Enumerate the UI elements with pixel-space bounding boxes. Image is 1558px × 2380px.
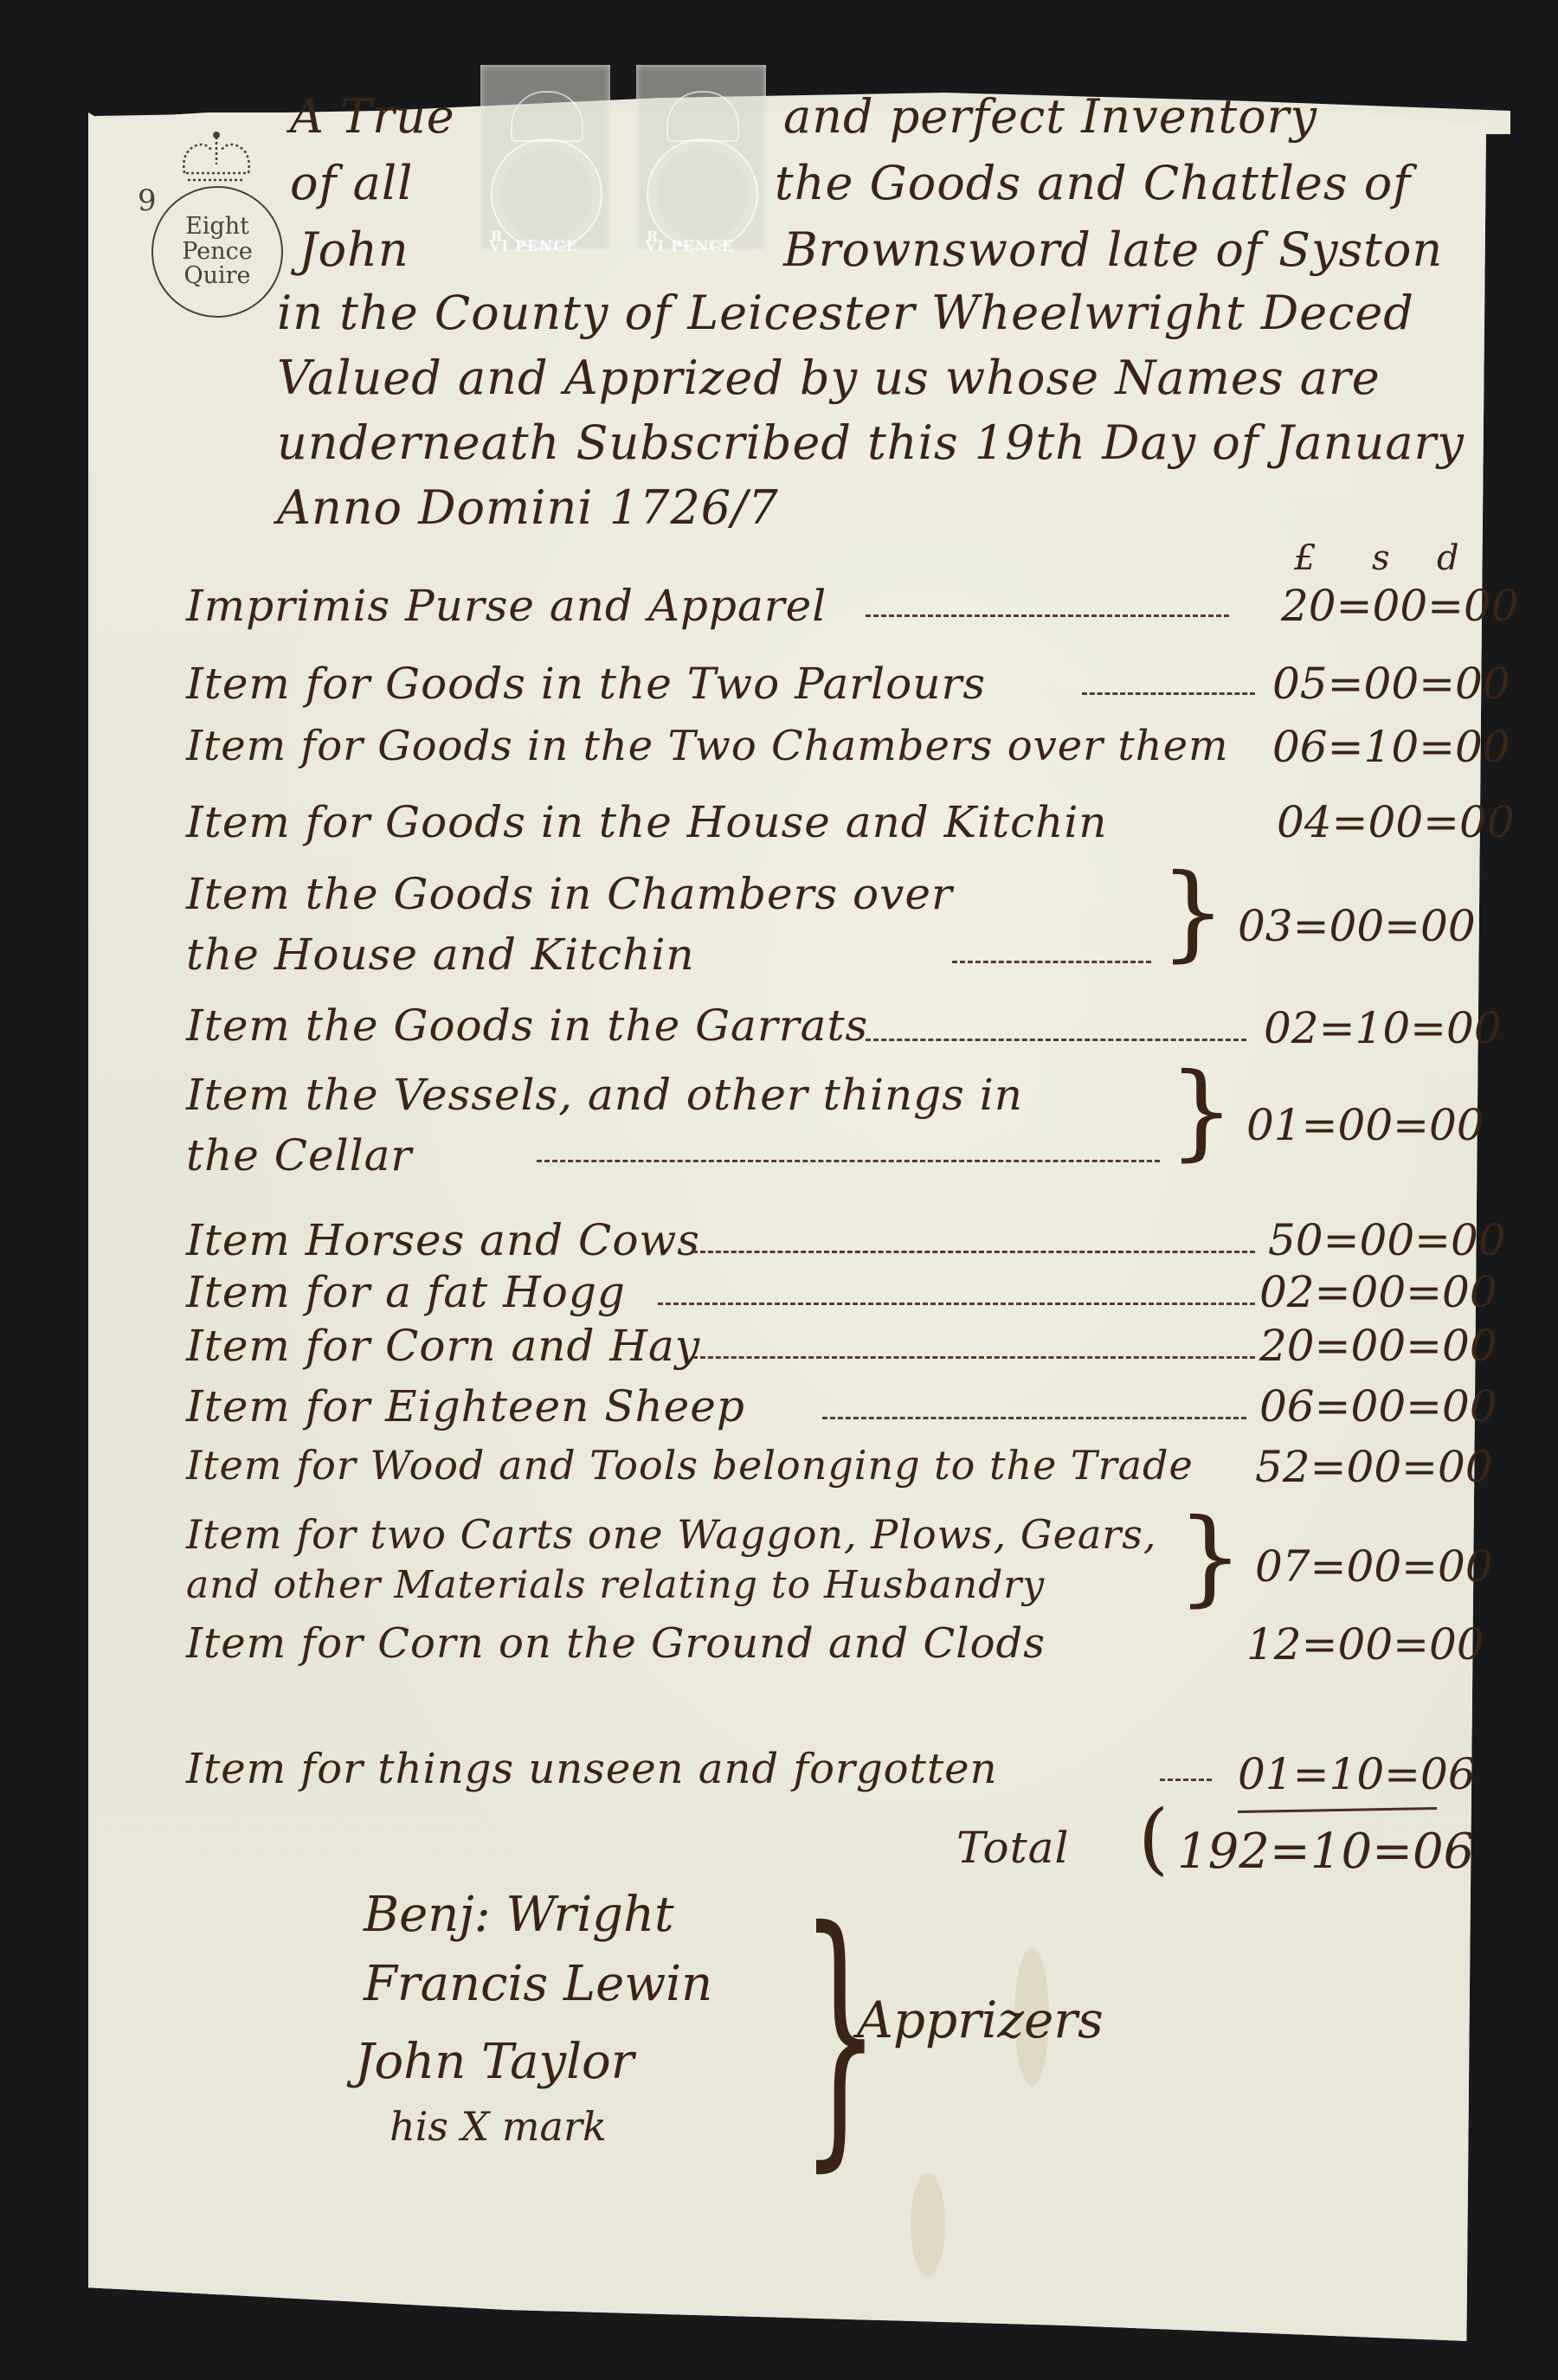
item-amount: 20=00=00 — [1259, 1324, 1497, 1367]
signatories-role: Apprizers — [857, 1991, 1104, 2049]
heading-line: Valued and Apprized by us whose Names ar… — [277, 355, 1381, 402]
item-text: Item for Goods in the Two Chambers over … — [186, 725, 1228, 767]
stamp-line: Pence — [182, 240, 252, 264]
item-text: Item the Goods in Chambers over — [186, 872, 953, 916]
leader-dashes — [822, 1417, 1246, 1419]
item-amount: 01=10=06 — [1238, 1753, 1476, 1796]
brace: } — [1160, 861, 1226, 965]
total-label: Total — [956, 1826, 1069, 1869]
item-amount: 02=10=00 — [1264, 1007, 1502, 1050]
heading-line: Anno Domini 1726/7 — [277, 485, 779, 531]
item-text: Item for Corn and Hay — [186, 1324, 700, 1367]
item-amount: 07=00=00 — [1255, 1545, 1493, 1588]
signatory-name: Francis Lewin — [364, 1956, 712, 2012]
item-amount: 50=00=00 — [1268, 1219, 1506, 1262]
item-text: Item for a fat Hogg — [186, 1270, 626, 1314]
leader-dashes — [658, 1303, 1255, 1305]
embossed-crown-icon — [666, 91, 739, 142]
leader-dashes — [1082, 692, 1255, 695]
item-text: Item for Goods in the House and Kitchin — [186, 801, 1108, 844]
leader-dashes — [952, 961, 1151, 963]
heading-right: Brownsword late of Syston — [783, 227, 1443, 273]
embossed-seal-icon — [647, 138, 758, 250]
total-paren: ( — [1138, 1800, 1168, 1878]
item-amount: 20=00=00 — [1281, 584, 1519, 627]
item-amount: 01=00=00 — [1246, 1103, 1484, 1147]
crown-icon — [177, 130, 255, 186]
signatory-name: Benj: Wright — [364, 1887, 674, 1943]
item-text: Item for two Carts one Waggon, Plows, Ge… — [186, 1515, 1156, 1554]
item-text: Imprimis Purse and Apparel — [186, 584, 827, 627]
stamp-line: Eight — [185, 215, 249, 239]
embossed-value: VI PENCE — [489, 238, 578, 255]
stamp-ring: Eight Pence Quire — [151, 186, 283, 318]
leader-dashes — [866, 1039, 1246, 1041]
embossed-crown-icon — [511, 91, 583, 142]
stamp-line: Quire — [183, 264, 250, 288]
leader-dashes — [692, 1251, 1255, 1253]
embossed-seal-icon — [491, 138, 602, 250]
item-amount: 12=00=00 — [1246, 1623, 1484, 1666]
eight-pence-quire-stamp: 9 Eight Pence Quire — [143, 130, 290, 325]
stamp-number: 9 — [138, 183, 157, 218]
brace: } — [1168, 1060, 1234, 1164]
heading-line: in the County of Leicester Wheelwright D… — [277, 290, 1414, 337]
signatory-mark: his X mark — [389, 2103, 607, 2150]
total-amount: 192=10=06 — [1177, 1828, 1474, 1876]
embossed-duty-stamp: R VI PENCE — [636, 65, 766, 251]
item-text: Item for Goods in the Two Parlours — [186, 662, 986, 705]
heading-left: A True — [290, 93, 455, 140]
item-text: Item the Vessels, and other things in — [186, 1073, 1023, 1116]
leader-dashes — [866, 614, 1229, 617]
item-text: Item the Goods in the Garrats — [186, 1004, 868, 1047]
item-amount: 06=00=00 — [1259, 1385, 1497, 1428]
pounds-header: £ — [1294, 541, 1316, 576]
embossed-value: VI PENCE — [645, 238, 734, 255]
shillings-header: s — [1372, 541, 1390, 576]
leader-dashes — [692, 1356, 1255, 1359]
heading-left: John — [299, 227, 409, 273]
paper-stain — [911, 2172, 945, 2276]
heading-left: of all — [290, 160, 413, 207]
item-text-continued: the House and Kitchin — [186, 933, 695, 976]
item-text: Item for Wood and Tools belonging to the… — [186, 1445, 1194, 1485]
leader-dashes — [537, 1160, 1160, 1162]
pence-header: d — [1437, 541, 1459, 576]
item-text: Item for Corn on the Ground and Clods — [186, 1623, 1046, 1664]
leader-dashes — [1160, 1779, 1212, 1781]
signatory-name: John Taylor — [355, 2034, 634, 2090]
item-amount: 03=00=00 — [1238, 904, 1476, 948]
heading-line: underneath Subscribed this 19th Day of J… — [277, 420, 1465, 466]
item-amount: 04=00=00 — [1277, 801, 1515, 844]
item-text: Item for Eighteen Sheep — [186, 1385, 745, 1428]
brace: } — [1177, 1506, 1243, 1610]
item-amount: 52=00=00 — [1255, 1445, 1493, 1489]
item-text: Item for things unseen and forgotten — [186, 1748, 997, 1790]
heading-right: and perfect Inventory — [783, 93, 1317, 140]
item-amount: 02=00=00 — [1259, 1270, 1497, 1314]
item-text: Item Horses and Cows — [186, 1219, 700, 1262]
heading-right: the Goods and Chattles of — [775, 160, 1411, 207]
item-amount: 06=10=00 — [1272, 725, 1510, 769]
item-text-continued: the Cellar — [186, 1134, 412, 1177]
item-text-continued: and other Materials relating to Husbandr… — [186, 1566, 1045, 1605]
item-amount: 05=00=00 — [1272, 662, 1510, 705]
embossed-duty-stamp: R VI PENCE — [480, 65, 610, 251]
